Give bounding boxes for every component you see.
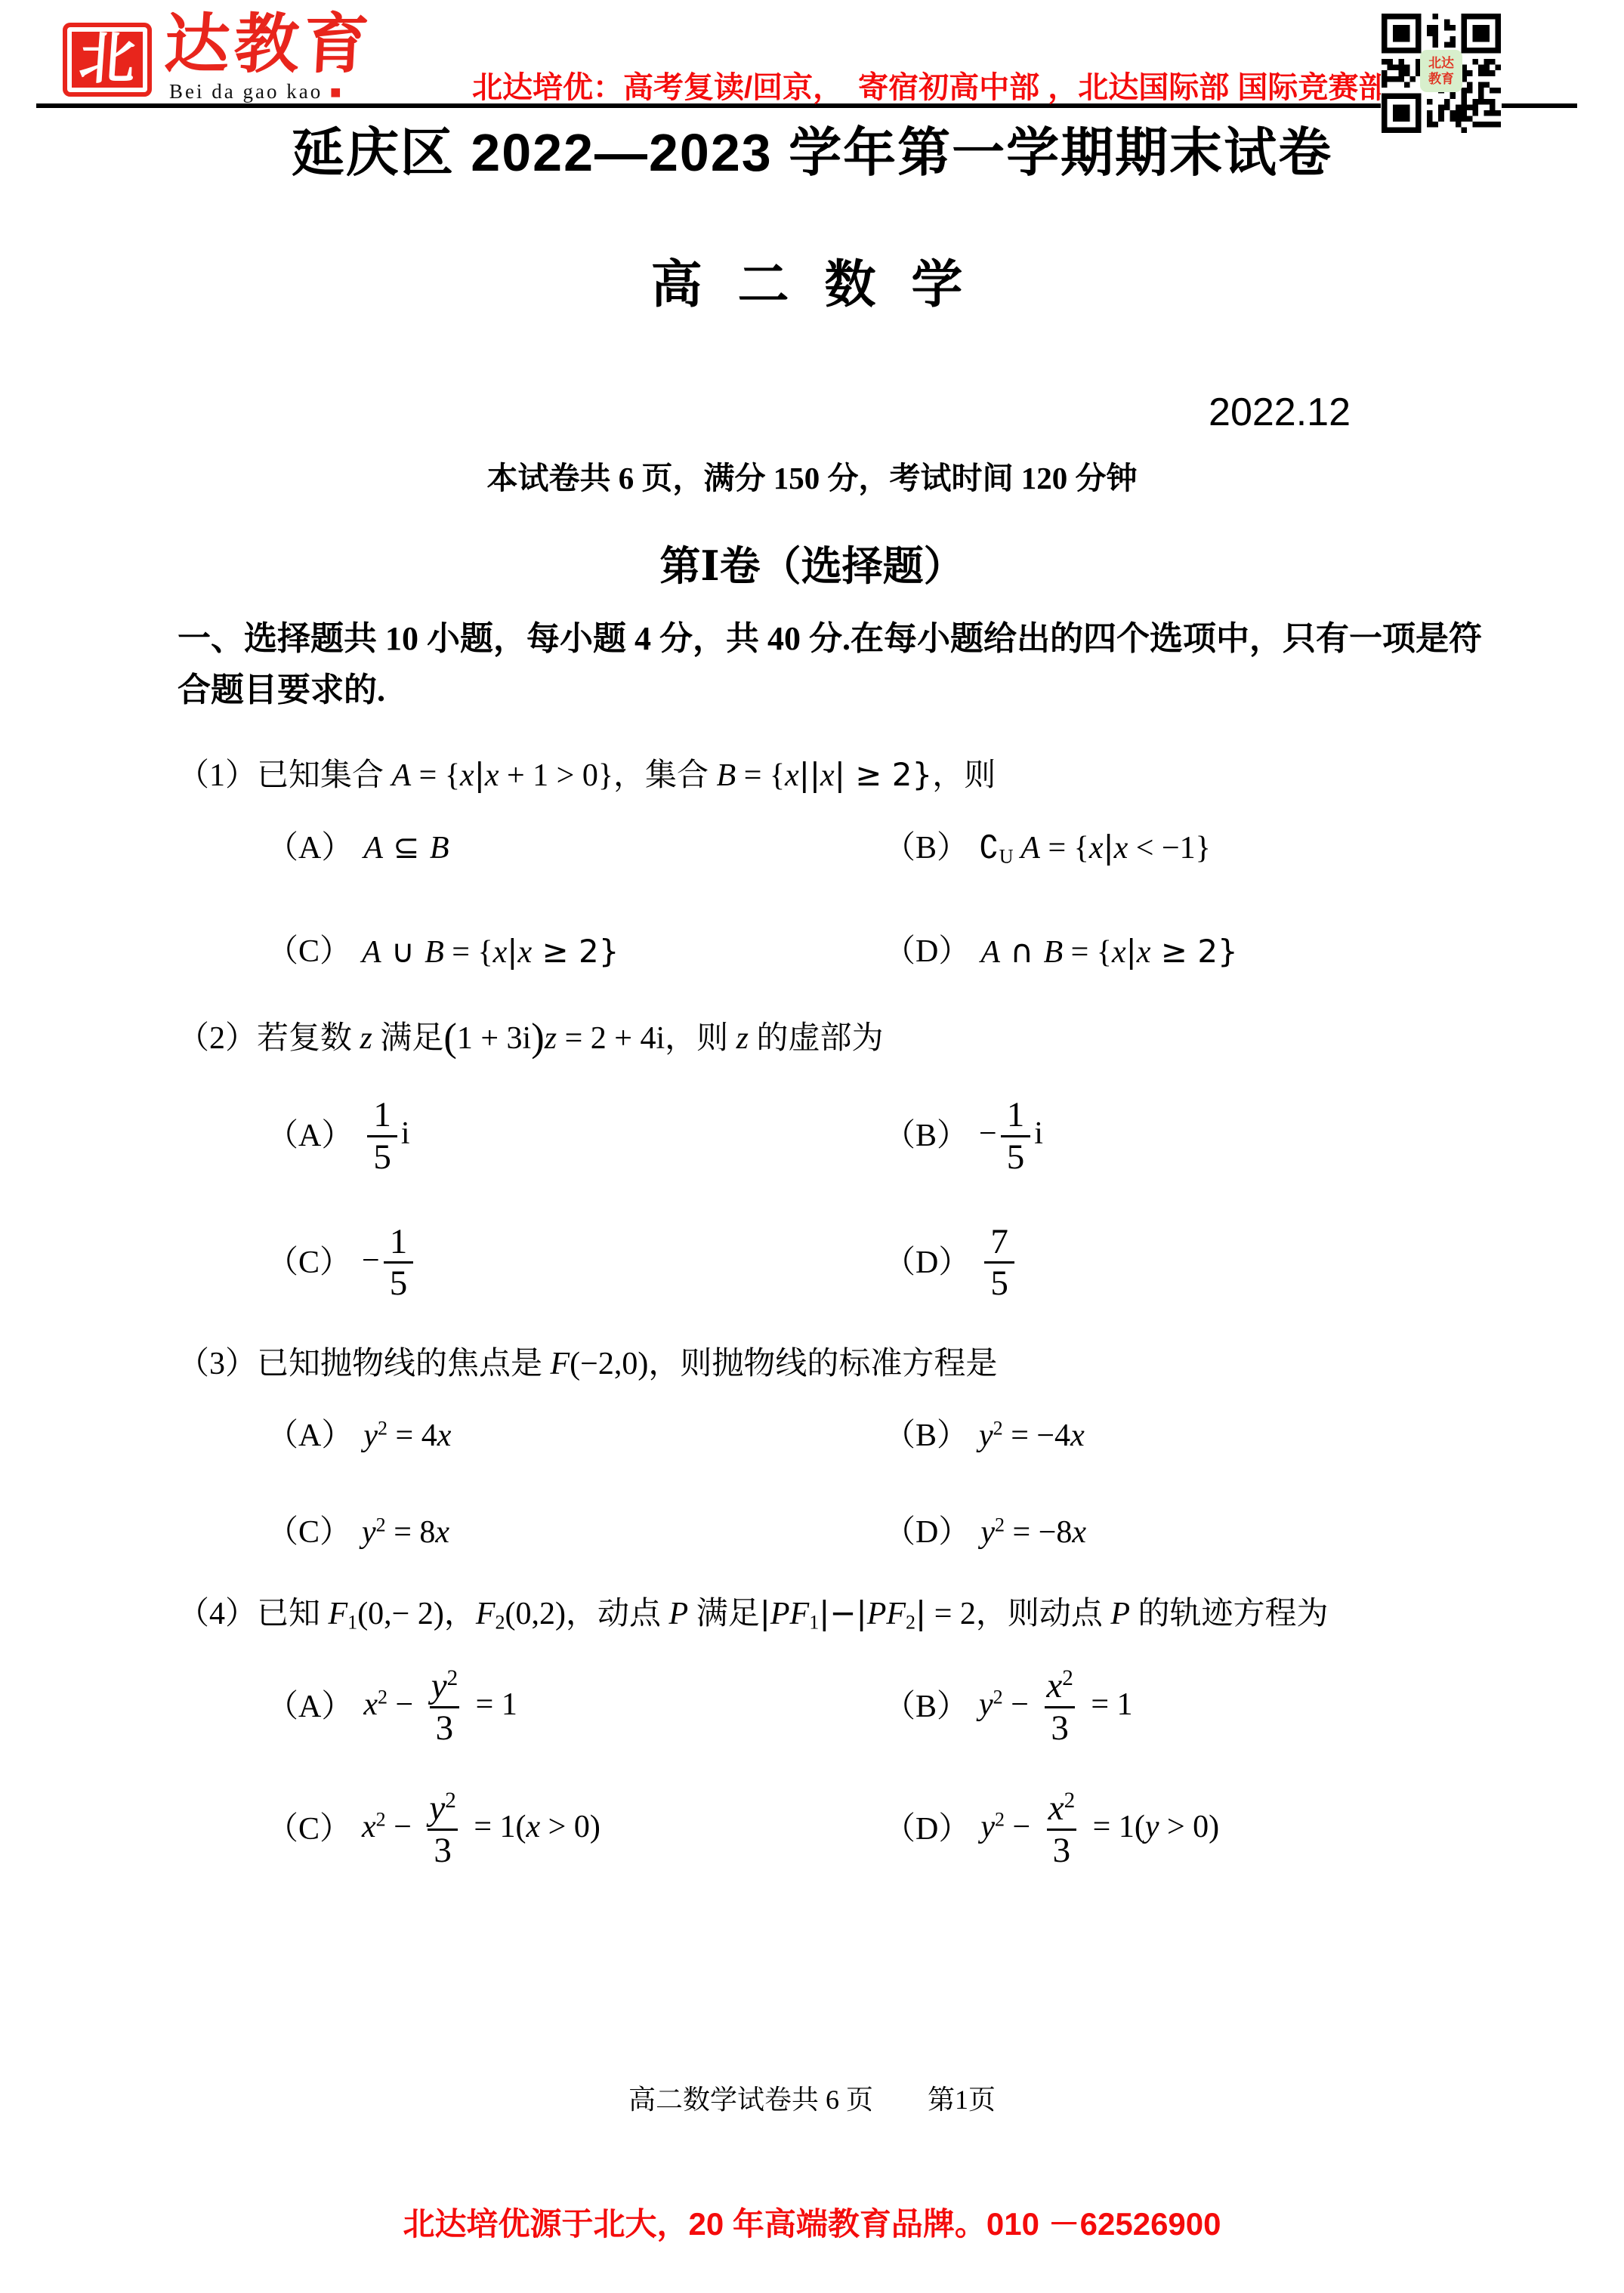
exam-subject: 高 二 数 学: [113, 244, 1511, 317]
options-grid: （A）A ⊆ B（B）∁U A = {x|x < −1}（C）A ∪ B = {…: [267, 826, 1511, 974]
question-stem: （1）已知集合 A = {x|x + 1 > 0}，集合 B = {x||x| …: [178, 754, 1511, 798]
exam-info-line: 本试卷共 6 页，满分 150 分，考试时间 120 分钟: [113, 453, 1511, 498]
question-stem: （4）已知 F1(0,− 2)，F2(0,2)，动点 P 满足|PF1|−|PF…: [178, 1592, 1511, 1636]
option-formula: A ∩ B = {x|x ≥ 2}: [980, 930, 1237, 974]
option-formula: y2 = −8x: [980, 1511, 1086, 1554]
option-label: （C）: [267, 930, 351, 974]
option-label: （B）: [884, 1686, 968, 1729]
section-instructions: 一、选择题共 10 小题，每小题 4 分，共 40 分.在每小题给出的四个选项中…: [178, 613, 1511, 716]
option-item: （C）A ∪ B = {x|x ≥ 2}: [267, 930, 884, 974]
option-item: （A）A ⊆ B: [267, 826, 884, 870]
question-stem: （2）若复数 z 满足(1 + 3i)z = 2 + 4i，则 z 的虚部为: [178, 1011, 1511, 1065]
math-fraction: 15: [367, 1094, 397, 1178]
qr-center-label: 北达 教育: [1420, 50, 1462, 92]
option-formula: 15i: [363, 1094, 409, 1178]
option-label: （B）: [884, 1415, 968, 1458]
option-label: （D）: [884, 1808, 970, 1851]
math-fraction: y23: [423, 1787, 462, 1872]
option-formula: −15: [362, 1221, 417, 1305]
option-label: （A）: [267, 1115, 353, 1158]
options-grid: （A）15i（B）−15i（C）−15（D）75: [267, 1094, 1511, 1305]
options-grid: （A）y2 = 4x（B）y2 = −4x（C）y2 = 8x（D）y2 = −…: [267, 1415, 1511, 1554]
math-fraction: x23: [1042, 1787, 1081, 1872]
options-grid: （A）x2 − y23 = 1（B）y2 − x23 = 1（C）x2 − y2…: [267, 1665, 1511, 1872]
math-fraction: 15: [384, 1221, 414, 1305]
option-label: （D）: [884, 1511, 970, 1554]
instruction-line-1: 一、选择题共 10 小题，每小题 4 分，共 40 分.在每小题给出的四个选项中…: [178, 613, 1511, 665]
logo-brand-text: 达教育: [163, 12, 375, 77]
logo-stamp-character: 北: [77, 32, 137, 88]
option-item: （D）75: [884, 1221, 1511, 1305]
math-fraction: 15: [1001, 1094, 1031, 1178]
option-item: （B）∁U A = {x|x < −1}: [884, 826, 1511, 870]
logo-latin-label: Bei da gao kao: [169, 80, 323, 103]
logo-latin-text: Bei da gao kao ■: [169, 80, 343, 103]
option-formula: y2 = 4x: [363, 1415, 451, 1458]
exam-date: 2022.12: [113, 390, 1511, 435]
option-item: （D）y2 − x23 = 1(y > 0): [884, 1787, 1511, 1872]
question-item: （3）已知抛物线的焦点是 F(−2,0)，则抛物线的标准方程是（A）y2 = 4…: [178, 1343, 1511, 1554]
section-title: 第Ⅰ卷（选择题）: [113, 534, 1511, 592]
option-item: （A）y2 = 4x: [267, 1415, 884, 1458]
question-item: （4）已知 F1(0,− 2)，F2(0,2)，动点 P 满足|PF1|−|PF…: [178, 1592, 1511, 1872]
question-item: （2）若复数 z 满足(1 + 3i)z = 2 + 4i，则 z 的虚部为（A…: [178, 1011, 1511, 1305]
questions-list: （1）已知集合 A = {x|x + 1 > 0}，集合 B = {x||x| …: [113, 754, 1511, 1872]
option-item: （C）x2 − y23 = 1(x > 0): [267, 1787, 884, 1872]
question-stem: （3）已知抛物线的焦点是 F(−2,0)，则抛物线的标准方程是: [178, 1343, 1511, 1386]
option-label: （A）: [267, 1686, 353, 1729]
option-formula: x2 − y23 = 1: [363, 1665, 517, 1749]
option-item: （C）−15: [267, 1221, 884, 1305]
option-label: （C）: [267, 1242, 351, 1285]
option-formula: x2 − y23 = 1(x > 0): [362, 1787, 601, 1872]
option-item: （B）y2 − x23 = 1: [884, 1665, 1511, 1749]
document-body: 延庆区 2022—2023 学年第一学期期末试卷 高 二 数 学 2022.12…: [0, 110, 1624, 1872]
option-formula: y2 − x23 = 1(y > 0): [980, 1787, 1219, 1872]
option-label: （A）: [267, 1415, 353, 1458]
exam-page: 北 达教育 Bei da gao kao ■ 北达培优：高考复读/回京， 寄宿初…: [0, 0, 1624, 2293]
option-item: （D）y2 = −8x: [884, 1511, 1511, 1554]
logo-stamp: 北: [63, 23, 152, 97]
qr-label-line2: 教育: [1428, 71, 1454, 87]
option-formula: −15i: [979, 1094, 1043, 1178]
math-fraction: y23: [425, 1665, 464, 1749]
page-footer-info: 高二数学试卷共 6 页 第1页: [0, 2079, 1624, 2117]
exam-title: 延庆区 2022—2023 学年第一学期期末试卷: [113, 110, 1511, 187]
instruction-line-2: 合题目要求的.: [178, 665, 1511, 716]
option-formula: y2 = −4x: [979, 1415, 1085, 1458]
option-formula: y2 − x23 = 1: [979, 1665, 1133, 1749]
option-item: （B）y2 = −4x: [884, 1415, 1511, 1458]
option-formula: ∁U A = {x|x < −1}: [979, 826, 1211, 870]
math-fraction: 75: [984, 1221, 1014, 1305]
option-item: （A）15i: [267, 1094, 884, 1178]
option-label: （D）: [884, 1242, 970, 1285]
option-label: （C）: [267, 1511, 351, 1554]
option-label: （C）: [267, 1808, 351, 1851]
qr-code: 北达 教育: [1381, 14, 1502, 133]
option-label: （B）: [884, 1115, 968, 1158]
option-formula: A ∪ B = {x|x ≥ 2}: [362, 930, 619, 974]
header-slogan: 北达培优：高考复读/回京， 寄宿初高中部 ，北达国际部 国际竞赛部: [472, 63, 1388, 106]
option-label: （A）: [267, 827, 353, 870]
question-item: （1）已知集合 A = {x|x + 1 > 0}，集合 B = {x||x| …: [178, 754, 1511, 974]
footer-marketing-line: 北达培优源于北大，20 年高端教育品牌。010 －62526900: [0, 2199, 1624, 2245]
option-formula: y2 = 8x: [362, 1511, 449, 1554]
option-label: （D）: [884, 930, 970, 974]
option-label: （B）: [884, 827, 968, 870]
logo-red-square-icon: ■: [330, 83, 344, 103]
option-formula: 75: [980, 1221, 1018, 1305]
qr-label-line1: 北达: [1428, 55, 1454, 71]
option-item: （D）A ∩ B = {x|x ≥ 2}: [884, 930, 1511, 974]
option-item: （A）x2 − y23 = 1: [267, 1665, 884, 1749]
option-item: （B）−15i: [884, 1094, 1511, 1178]
option-formula: A ⊆ B: [363, 826, 449, 870]
math-fraction: x23: [1040, 1665, 1079, 1749]
option-item: （C）y2 = 8x: [267, 1511, 884, 1554]
